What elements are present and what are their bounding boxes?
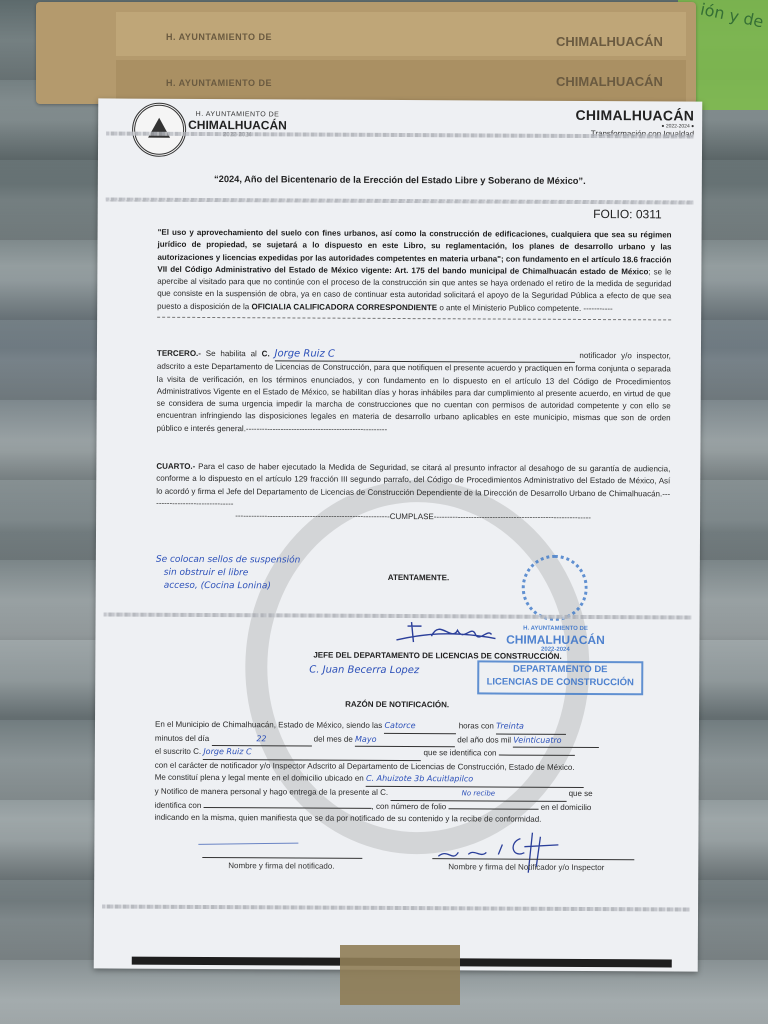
- municipal-seal-icon: [132, 103, 186, 157]
- inspector-caption: Nombre y firma del Notificador y/o Inspe…: [448, 862, 604, 872]
- recipient-id-field: [204, 807, 372, 809]
- tercero-paragraph: TERCERO.- Se habilita al C. Jorge Ruiz C…: [157, 348, 671, 438]
- tape-ghost-brand: CHIMALHUACÁN: [556, 34, 663, 49]
- intro-paragraph: "El uso y aprovechamiento del suelo con …: [157, 227, 671, 321]
- cuarto-paragraph: CUARTO.- Para el caso de haber ejecutado…: [156, 461, 670, 525]
- month-field: Mayo: [355, 733, 455, 747]
- blue-seal-stamp-icon: [522, 555, 588, 621]
- minutes-field: Treinta: [496, 721, 566, 735]
- officer-id-field: [499, 755, 575, 756]
- notified-signature-line: [202, 857, 362, 859]
- director-signature: [391, 612, 501, 647]
- recipient-field: No recibe: [390, 787, 566, 802]
- folio-number-field: [448, 808, 538, 809]
- notified-caption: Nombre y firma del notificado.: [228, 861, 334, 871]
- poster-text: ión y de: [699, 0, 766, 31]
- notice-document: H. AYUNTAMIENTO DE CHIMALHUACÁN 2022-202…: [94, 98, 703, 971]
- department-head-name: C. Juan Becerra Lopez: [309, 665, 419, 677]
- folio-number: FOLIO: 0311: [593, 207, 662, 221]
- hour-field: Catorce: [384, 720, 456, 734]
- department-head-title: JEFE DEL DEPARTAMENTO DE LICENCIAS DE CO…: [313, 651, 561, 661]
- packing-tape-top: H. AYUNTAMIENTO DE CHIMALHUACÁN H. AYUNT…: [36, 2, 696, 104]
- motto: “2024, Año del Bicentenario de la Erecci…: [98, 173, 702, 186]
- razon-paragraph: En el Municipio de Chimalhuacán, Estado …: [154, 719, 669, 827]
- day-field: 22: [211, 733, 311, 747]
- atentamente-label: ATENTAMENTE.: [388, 573, 450, 582]
- notifier-name-field: Jorge Ruiz C: [274, 348, 574, 363]
- scan-artifact: [102, 904, 690, 911]
- handwritten-note: Se colocan sellos de suspensión sin obst…: [156, 554, 301, 594]
- scan-artifact: [106, 197, 694, 204]
- razon-title: RAZÓN DE NOTIFICACIÓN.: [95, 698, 699, 710]
- year-field: Veinticuatro: [513, 734, 599, 748]
- tape-ghost-brand-2: CHIMALHUACÁN: [556, 74, 663, 89]
- department-box-stamp: DEPARTAMENTO DE LICENCIAS DE CONSTRUCCIÓ…: [477, 660, 643, 695]
- tape-ghost-org-2: H. AYUNTAMIENTO DE: [166, 78, 272, 88]
- notified-signature-mark: [198, 843, 298, 845]
- cumplase-line: ----------------------------------------…: [156, 510, 670, 525]
- tape-ghost-org: H. AYUNTAMIENTO DE: [166, 32, 272, 42]
- packing-tape-bottom: [340, 945, 460, 1005]
- officer-name-field: Jorge Ruiz C: [203, 746, 421, 761]
- address-field: C. Ahuizote 3b Acuitlapilco: [366, 773, 584, 788]
